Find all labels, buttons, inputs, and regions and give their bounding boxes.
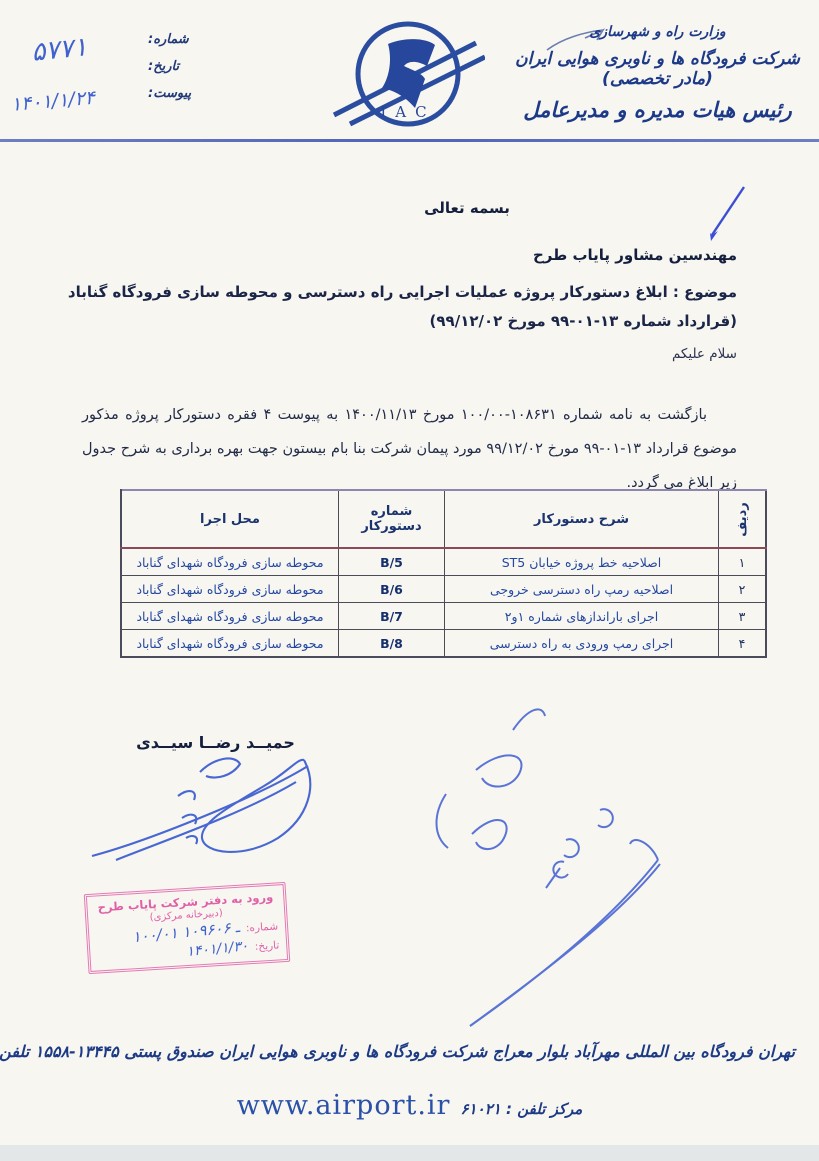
footer-contact-line: مرکز تلفن : ۶۱۰۲۱ www.airport.ir [0, 1090, 819, 1121]
table-row: ۴ اجرای رمپ ورودی به راه دسترسی B/8 محوط… [121, 630, 766, 658]
row-location: محوطه سازی فرودگاه شهدای گناباد [121, 603, 339, 630]
row-description: اجرای باراندازهای شماره ۱و۲ [445, 603, 719, 630]
scan-edge-band [0, 1145, 819, 1161]
header-row-number: ردیف [719, 490, 767, 548]
attachment-label: پیوست: [148, 86, 212, 101]
recipient-line: مهندسین مشاور پایاب طرح [533, 246, 737, 264]
stamp-date-handwritten: ۱۴۰۱/۱/۳۰ [186, 938, 249, 960]
logo-letters: IAC [380, 103, 435, 121]
row-location: محوطه سازی فرودگاه شهدای گناباد [121, 548, 339, 576]
table-header-row: ردیف شرح دستورکار شماره دستورکار محل اجر… [121, 490, 766, 548]
row-order-number: B/6 [339, 576, 445, 603]
row-number: ۱ [719, 548, 767, 576]
subject-line-2: (قرارداد شماره ۱۳-۰۱-۹۹ مورخ ۹۹/۱۲/۰۲) [430, 312, 737, 330]
letterhead-ministry: وزارت راه و شهرسازی [505, 24, 810, 40]
header-location: محل اجرا [121, 490, 339, 548]
body-paragraph: بازگشت به نامه شماره ۱۰۸۶۳۱-۱۰۰/۰۰ مورخ … [82, 398, 737, 500]
footer-address-line: تهران فرودگاه بین المللی مهرآباد بلوار م… [24, 1042, 795, 1061]
row-order-number: B/8 [339, 630, 445, 658]
handwritten-note-scribble-icon [418, 692, 673, 1036]
stamp-number-label: شماره: [246, 920, 279, 934]
signature-scribble-icon [82, 742, 317, 871]
footer-phone: مرکز تلفن : ۶۱۰۲۱ [460, 1100, 582, 1118]
header-divider-rule [0, 139, 819, 142]
handwritten-letter-date: ۱۴۰۱/۱/۲۴ [10, 87, 96, 116]
letterhead-role: رئیس هیات مدیره و مدیرعامل [505, 98, 810, 122]
header-order-number: شماره دستورکار [339, 490, 445, 548]
row-number: ۴ [719, 630, 767, 658]
row-description: اصلاحیه خط پروژه خیابان ST5 [445, 548, 719, 576]
date-label: تاریخ: [148, 59, 212, 74]
table-row: ۲ اصلاحیه رمپ راه دسترسی خروجی B/6 محوطه… [121, 576, 766, 603]
row-description: اصلاحیه رمپ راه دسترسی خروجی [445, 576, 719, 603]
handwritten-arrow-icon [698, 183, 753, 255]
row-location: محوطه سازی فرودگاه شهدای گناباد [121, 576, 339, 603]
row-number: ۲ [719, 576, 767, 603]
number-label: شماره: [148, 32, 212, 47]
row-description: اجرای رمپ ورودی به راه دسترسی [445, 630, 719, 658]
scanned-letter-page: شماره: تاریخ: پیوست: ۵۷۷۱ ۱۴۰۱/۱/۲۴ IAC … [0, 0, 819, 1161]
row-order-number: B/5 [339, 548, 445, 576]
handwritten-letter-number: ۵۷۷۱ [30, 32, 89, 68]
iac-airline-logo-icon: IAC [330, 14, 485, 138]
letterhead-block: وزارت راه و شهرسازی شرکت فرودگاه ها و نا… [505, 24, 810, 122]
row-number: ۳ [719, 603, 767, 630]
stamp-date-label: تاریخ: [254, 939, 279, 952]
header-description: شرح دستورکار [445, 490, 719, 548]
subject-line-1: موضوع : ابلاغ دستورکار پروژه عملیات اجرا… [68, 283, 737, 301]
row-location: محوطه سازی فرودگاه شهدای گناباد [121, 630, 339, 658]
table-row: ۱ اصلاحیه خط پروژه خیابان ST5 B/5 محوطه … [121, 548, 766, 576]
work-order-table: ردیف شرح دستورکار شماره دستورکار محل اجر… [120, 489, 767, 658]
footer-website-link: www.airport.ir [237, 1090, 451, 1121]
salutation-line: سلام علیکم [672, 346, 737, 362]
letterhead-company: شرکت فرودگاه ها و ناوبری هوایی ایران (ما… [505, 49, 810, 89]
bismillah-text: بسمه تعالی [417, 199, 517, 217]
office-entry-stamp: ورود به دفتر شرکت پایاب طرح (دبیرخانه مر… [84, 882, 291, 974]
row-order-number: B/7 [339, 603, 445, 630]
table-row: ۳ اجرای باراندازهای شماره ۱و۲ B/7 محوطه … [121, 603, 766, 630]
header-meta-labels: شماره: تاریخ: پیوست: [148, 32, 212, 113]
